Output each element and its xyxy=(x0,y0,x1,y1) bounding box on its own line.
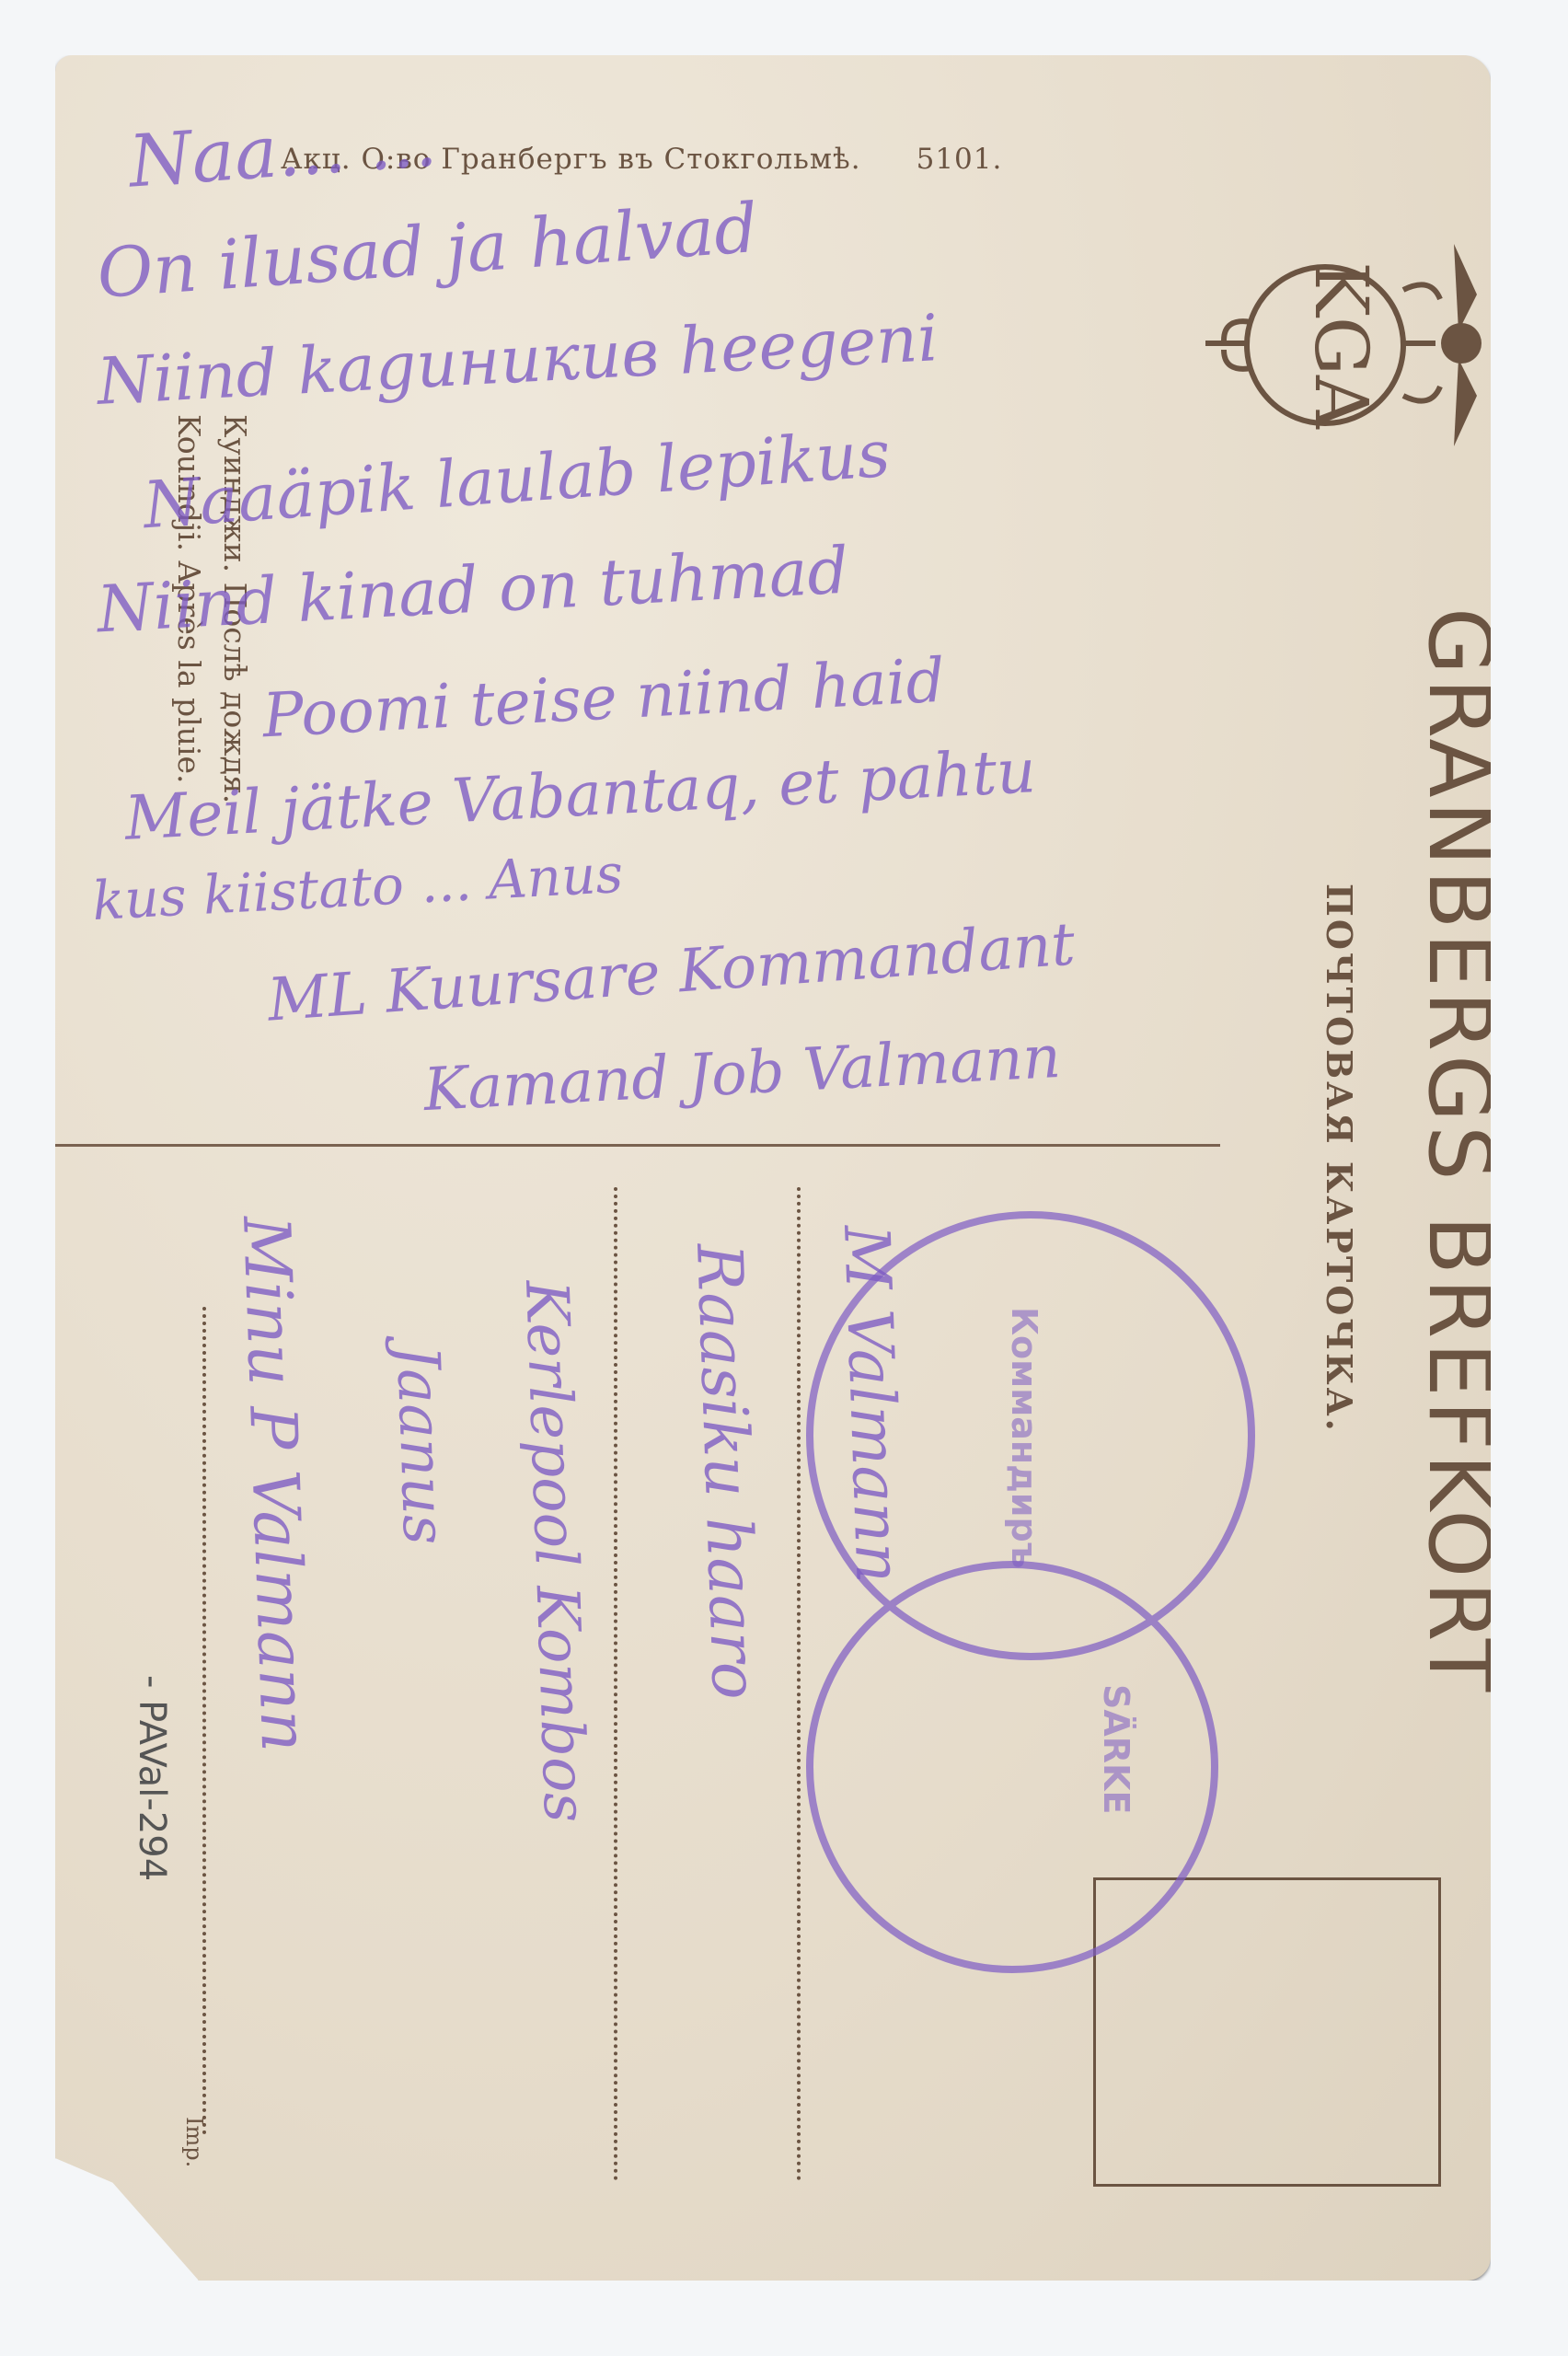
address-line-text: M Valmann xyxy=(829,1224,915,1585)
postcard: Акц. О:во Гранбергъ въ Стокгольмѣ.5101. … xyxy=(55,55,1491,2281)
address-line-text: Jaanus xyxy=(383,1344,458,1546)
handstamp-lower xyxy=(810,1565,1215,1969)
svg-text:Коммандиръ: Коммандиръ xyxy=(1004,1307,1044,1568)
svg-text:SÄRKЕ: SÄRKЕ xyxy=(1096,1684,1136,1814)
pencil-inventory-note: - PAVal-294 xyxy=(131,1675,173,1881)
